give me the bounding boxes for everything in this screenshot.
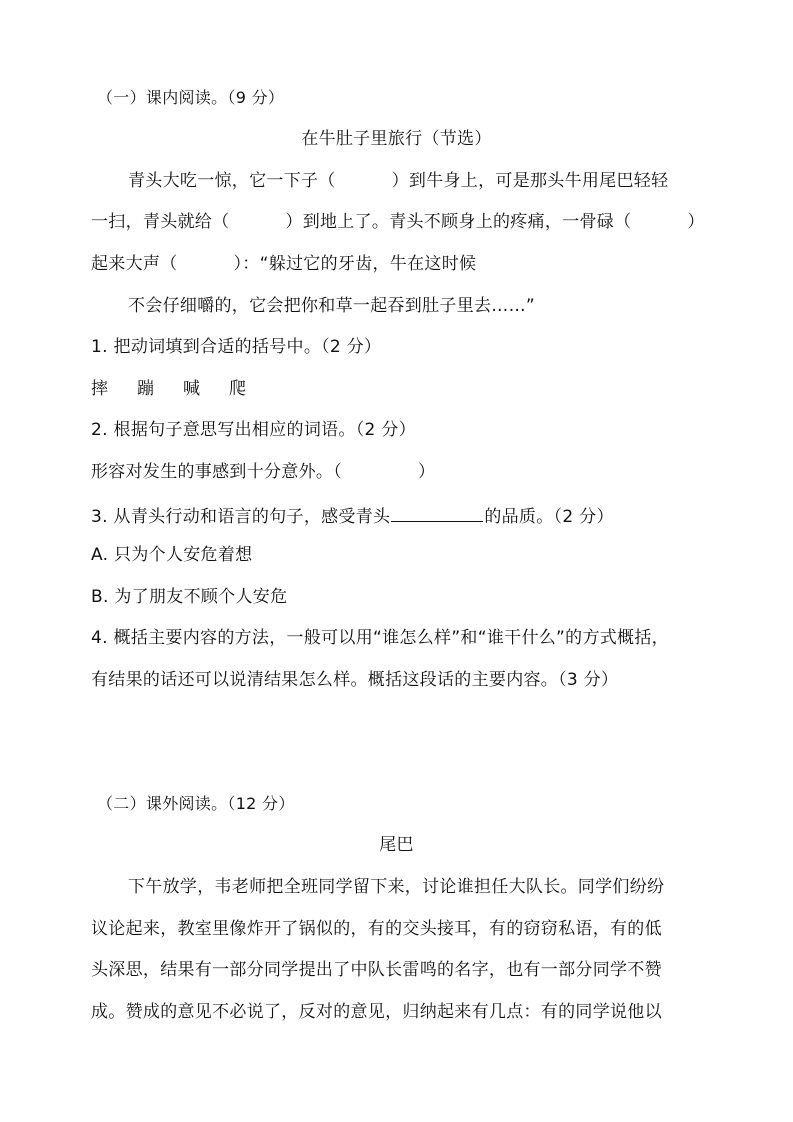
- verb-option: 爬: [229, 378, 275, 400]
- verb-option: 摔: [91, 378, 137, 400]
- passage-2-line-2: 议论起来，教室里像炸开了锅似的，有的交头接耳，有的窃窃私语，有的低: [91, 918, 662, 940]
- passage-2-line-3: 头深思，结果有一部分同学提出了中队长雷鸣的名字，也有一部分同学不赞: [91, 959, 662, 981]
- question-3-option-b[interactable]: B. 为了朋友不顾个人安危: [91, 586, 287, 608]
- question-3-prompt: 3. 从青头行动和语言的句子，感受青头的品质。（2 分）: [91, 503, 614, 528]
- text: 起来大声（: [91, 254, 178, 274]
- passage-title: 在牛肚子里旅行（节选）: [0, 128, 793, 150]
- verb-option: 蹦: [137, 378, 183, 400]
- text: ）: [418, 462, 435, 482]
- text: 的品质。（2 分）: [484, 507, 613, 527]
- passage-2-line-4: 成。赞成的意见不必说了，反对的意见，归纳起来有几点：有的同学说他以: [91, 1001, 662, 1023]
- passage-2-title: 尾巴: [0, 834, 793, 856]
- text: 形容对发生的事感到十分意外。（: [91, 462, 342, 482]
- text: 3. 从青头行动和语言的句子，感受青头: [91, 507, 390, 527]
- text: ）到牛身上，可是那头牛用尾巴轻轻: [392, 171, 669, 191]
- question-2-prompt: 2. 根据句子意思写出相应的词语。（2 分）: [91, 419, 416, 441]
- question-4-line-2: 有结果的话还可以说清结果怎么样。概括这段话的主要内容。（3 分）: [91, 669, 618, 691]
- passage-line-1: 青头大吃一惊，它一下子（）到牛身上，可是那头牛用尾巴轻轻: [128, 170, 668, 192]
- text: ）到地上了。青头不顾身上的疼痛，一骨碌（: [285, 212, 631, 232]
- section-2-heading: （二）课外阅读。（12 分）: [97, 793, 295, 815]
- text: ）：“躲过它的牙齿，牛在这时候: [234, 254, 477, 274]
- text: 一扫，青头就给（: [91, 212, 229, 232]
- passage-line-3: 起来大声（）：“躲过它的牙齿，牛在这时候: [91, 253, 476, 275]
- answer-underline[interactable]: [391, 503, 483, 522]
- text: ）: [687, 212, 704, 232]
- passage-line-2: 一扫，青头就给（）到地上了。青头不顾身上的疼痛，一骨碌（）: [91, 211, 705, 233]
- question-4-line-1: 4. 概括主要内容的方法，一般可以用“谁怎么样”和“谁干什么”的方式概括，: [91, 627, 669, 649]
- question-3-option-a[interactable]: A. 只为个人安危着想: [91, 544, 252, 566]
- question-1-prompt: 1. 把动词填到合适的括号中。（2 分）: [91, 336, 381, 358]
- question-2-item: 形容对发生的事感到十分意外。（）: [91, 461, 435, 483]
- passage-line-4: 不会仔细嚼的，它会把你和草一起吞到肚子里去……”: [128, 295, 535, 317]
- question-1-verbs: 摔蹦喊爬: [91, 378, 275, 400]
- verb-option: 喊: [183, 378, 229, 400]
- text: 青头大吃一惊，它一下子（: [128, 171, 336, 191]
- section-1-heading: （一）课内阅读。（9 分）: [97, 87, 284, 109]
- passage-2-line-1: 下午放学，韦老师把全班同学留下来，讨论谁担任大队长。同学们纷纷: [128, 876, 664, 898]
